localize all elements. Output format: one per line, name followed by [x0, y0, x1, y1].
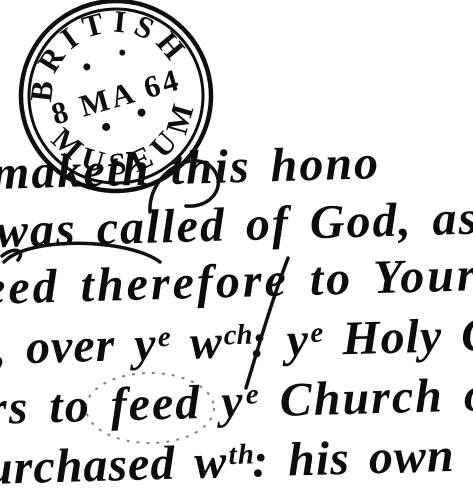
manuscript-line-3: eed therefore to Your	[0, 247, 473, 316]
stamp-dot	[83, 63, 92, 72]
manuscript-line-5: rs to feed yᵉ Church of	[0, 366, 473, 435]
manuscript-line-1: maketh this hono	[0, 135, 381, 201]
manuscript-page: { "page": { "background_color": "#ffffff…	[0, 0, 473, 502]
stamp-dot	[119, 49, 126, 56]
stamp-dot	[101, 122, 111, 132]
stamp-dot	[137, 108, 147, 118]
manuscript-line-4: , over yᵉ wᶜʰ: yᵉ Holy Gost	[0, 305, 473, 376]
manuscript-line-6: urchased wᵗʰ: his own b	[0, 427, 473, 496]
